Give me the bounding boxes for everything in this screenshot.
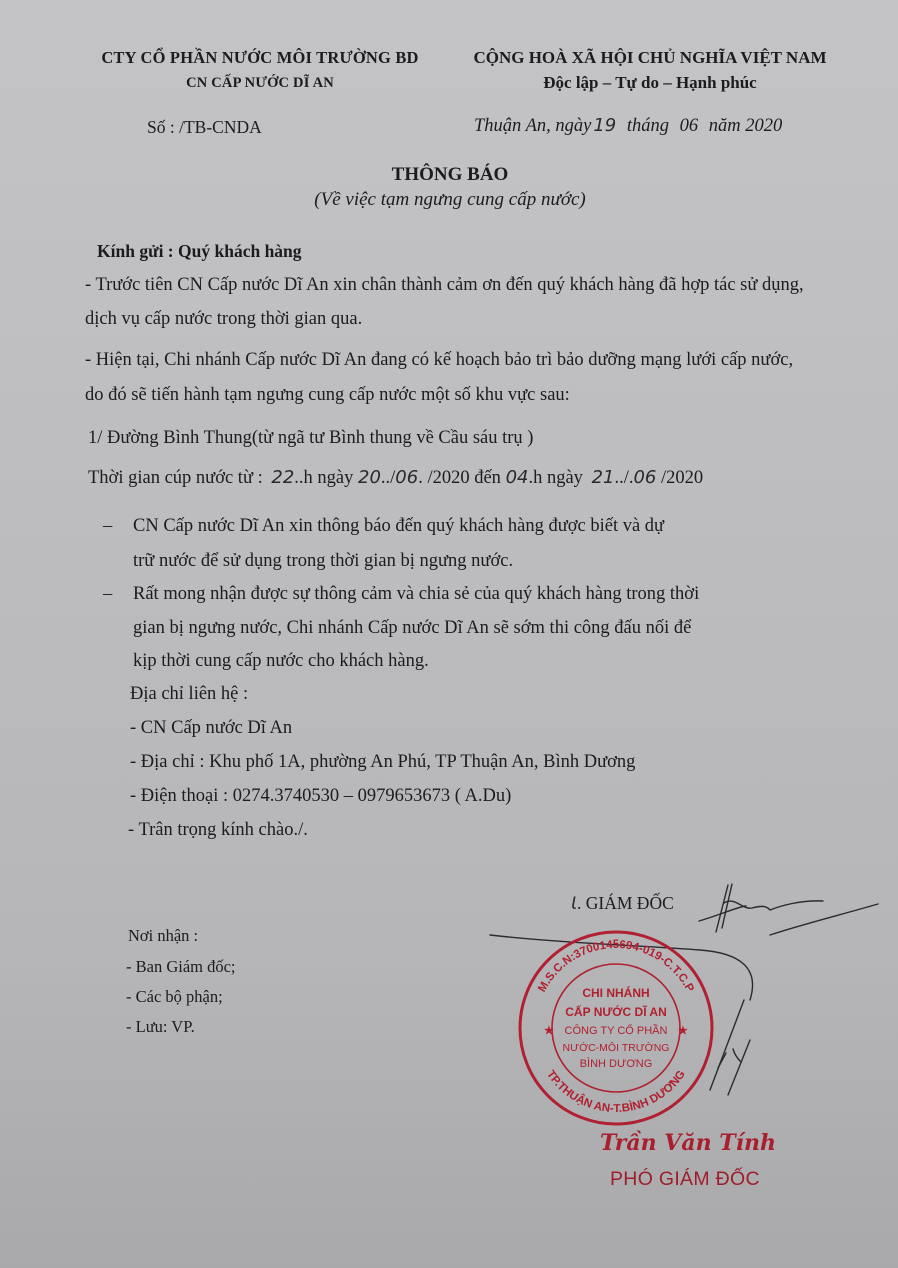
signer-title: PHÓ GIÁM ĐỐC: [610, 1168, 760, 1191]
stamp-line-1: CHI NHÁNH: [582, 985, 649, 1000]
stamp-line-4: NƯỚC-MÔI TRƯỜNG: [563, 1041, 670, 1054]
stamp-line-2: CẤP NƯỚC DĨ AN: [565, 1004, 667, 1019]
stamp-star-right: ★: [678, 1025, 688, 1037]
signer-name: Trần Văn Tính: [600, 1130, 776, 1156]
company-stamp: M.S.C.N:3700145694-019-C.T.C.P TP.THUẬN …: [0, 0, 898, 1268]
stamp-line-5: BÌNH DƯƠNG: [580, 1057, 653, 1070]
stamp-star-left: ★: [544, 1025, 554, 1037]
stamp-line-3: CÔNG TY CỔ PHẦN: [565, 1024, 668, 1037]
